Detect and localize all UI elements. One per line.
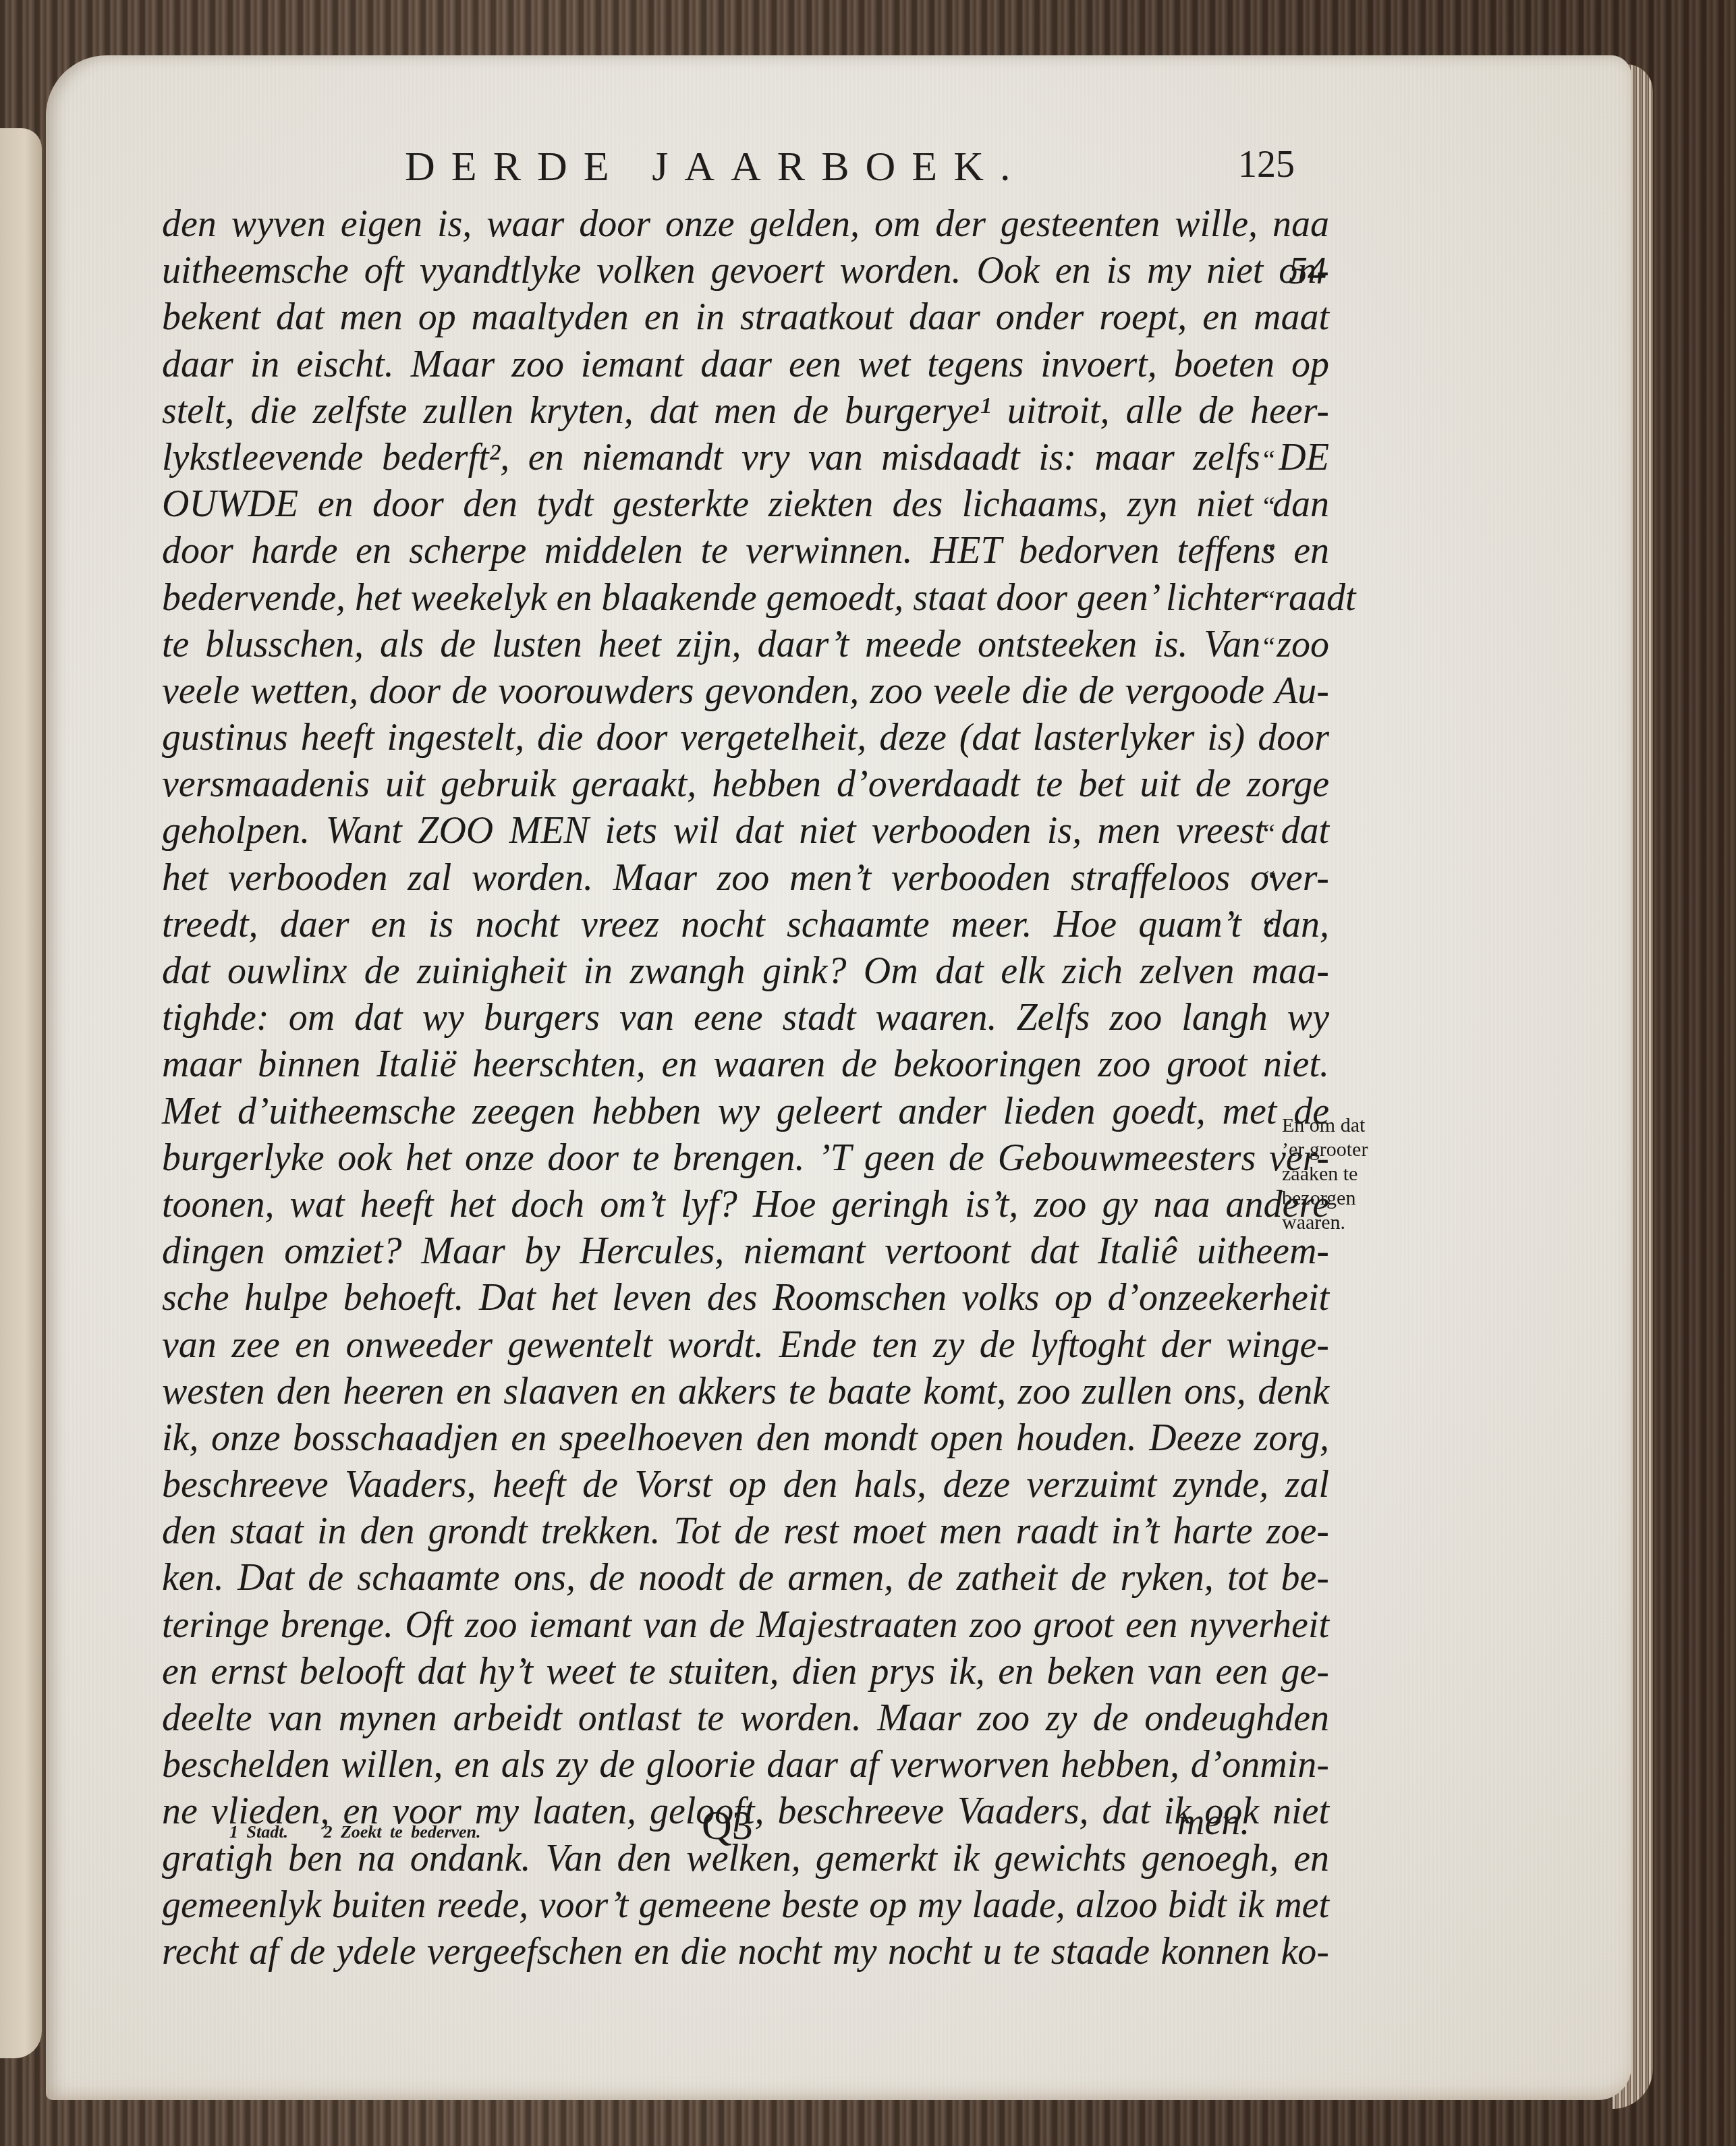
text-line: burgerlyke ook het onze door te brengen.…	[162, 1135, 1329, 1182]
footnotes: 1 Stadt. 2 Zoekt te bederven.	[229, 1822, 508, 1842]
text-line: den wyven eigen is, waar door onze gelde…	[162, 201, 1329, 248]
text-line: van zee en onweeder gewentelt wordt. End…	[162, 1322, 1329, 1369]
margin-note-line: zaaken te	[1282, 1162, 1403, 1186]
quote-mark-icon: “	[1263, 864, 1290, 896]
footnote-1: 1 Stadt.	[229, 1822, 288, 1842]
text-line: maar binnen Italië heerschten, en waaren…	[162, 1041, 1329, 1088]
signature-mark: Q3	[702, 1802, 753, 1850]
text-line: dat ouwlinx de zuinigheit in zwangh gink…	[162, 948, 1329, 995]
margin-note-line: ’er grooter	[1282, 1138, 1403, 1162]
text-line: deelte van mynen arbeidt ontlast te word…	[162, 1695, 1329, 1742]
text-line: stelt, die zelfste zullen kryten, dat me…	[162, 388, 1329, 435]
text-line: tighde: om dat wy burgers van eene stadt…	[162, 995, 1329, 1041]
quote-mark-icon: “	[1263, 631, 1290, 663]
text-line: en ernst belooft dat hy’t weet te stuite…	[162, 1649, 1329, 1695]
text-line: bedervende, het weekelyk en blaakende ge…	[162, 575, 1329, 622]
text-line: veele wetten, door de voorouwders gevond…	[162, 668, 1329, 715]
text-line: dingen omziet? Maar by Hercules, niemant…	[162, 1228, 1329, 1275]
text-line: geholpen. Want ZOO MEN iets wil dat niet…	[162, 808, 1329, 854]
text-line: treedt, daer en is nocht vreez nocht sch…	[162, 902, 1329, 948]
text-line: toonen, wat heeft het doch om’t lyf? Hoe…	[162, 1182, 1329, 1228]
text-line: daar in eischt. Maar zoo iemant daar een…	[162, 341, 1329, 388]
text-line: gemeenlyk buiten reede, voor’t gemeene b…	[162, 1882, 1329, 1929]
text-line: sche hulpe behoeft. Dat het leven des Ro…	[162, 1275, 1329, 1321]
running-head: DERDE JAARBOEK.	[405, 143, 1026, 191]
text-line: OUWDE en door den tydt gesterkte ziekten…	[162, 481, 1329, 528]
text-line: het verbooden zal worden. Maar zoo men’t…	[162, 855, 1329, 902]
margin-note-line: bezorgen	[1282, 1186, 1403, 1211]
body-text: den wyven eigen is, waar door onze gelde…	[162, 201, 1329, 1975]
text-line: teringe brenge. Oft zoo iemant van de Ma…	[162, 1602, 1329, 1649]
text-line: gustinus heeft ingestelt, die door verge…	[162, 715, 1329, 761]
margin-note: En om dat ’er grooter zaaken te bezorgen…	[1282, 1113, 1403, 1235]
footnote-2: 2 Zoekt te bederven.	[323, 1822, 480, 1842]
text-line: beschreeve Vaaders, heeft de Vorst op de…	[162, 1462, 1329, 1508]
text-line: te blusschen, als de lusten heet zijn, d…	[162, 622, 1329, 668]
text-line: door harde en scherpe middelen te verwin…	[162, 528, 1329, 574]
text-line: den staat in den grondt trekken. Tot de …	[162, 1508, 1329, 1555]
margin-note-line: En om dat	[1282, 1113, 1403, 1138]
text-line: uitheemsche oft vyandtlyke volken gevoer…	[162, 248, 1329, 294]
text-line: Met d’uitheemsche zeegen hebben wy gelee…	[162, 1089, 1329, 1135]
text-line: beschelden willen, en als zy de gloorie …	[162, 1742, 1329, 1788]
text-line: lykstleevende bederft², en niemandt vry …	[162, 435, 1329, 481]
text-line: versmaadenis uit gebruik geraakt, hebben…	[162, 761, 1329, 808]
text-line: bekent dat men op maaltyden en in straat…	[162, 294, 1329, 341]
left-page-edge	[0, 128, 42, 2058]
quote-mark-icon: “	[1263, 444, 1290, 476]
page-number: 125	[1238, 143, 1295, 186]
quote-mark-icon: “	[1263, 491, 1290, 522]
margin-note-line: waaren.	[1282, 1211, 1403, 1235]
quote-mark-icon: “	[1263, 818, 1290, 850]
text-line: westen den heeren en slaaven en akkers t…	[162, 1369, 1329, 1415]
text-line: ik, onze bosschaadjen en speelhoeven den…	[162, 1415, 1329, 1462]
text-line: recht af de ydele vergeefschen en die no…	[162, 1929, 1329, 1975]
catchword: men.	[1177, 1800, 1250, 1844]
quote-mark-icon: “	[1263, 537, 1290, 569]
text-line: ken. Dat de schaamte ons, de noodt de ar…	[162, 1555, 1329, 1601]
quote-mark-icon: “	[1263, 584, 1290, 616]
quote-mark-icon: “	[1263, 911, 1290, 943]
